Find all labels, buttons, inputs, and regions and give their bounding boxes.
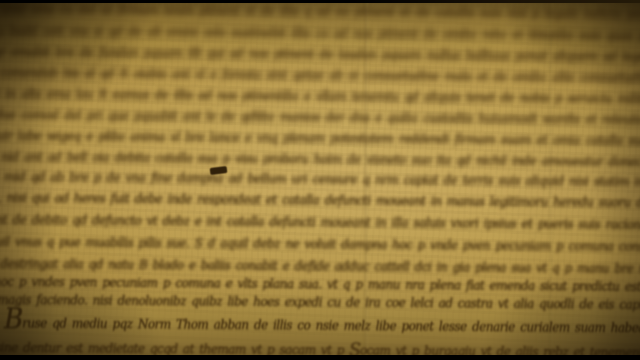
line-text: uir labe wigeq e plibz anima vl bre lanc… bbox=[0, 128, 640, 149]
illuminated-initial: B bbox=[4, 303, 22, 336]
manuscript-line: due comod del pri que pquabit ant le de … bbox=[0, 107, 640, 128]
line-text: , nisi qui ad heres fuit debe inde respo… bbox=[0, 190, 640, 211]
manuscript-line: t mid qd ab bre p de vna fine dampna ad … bbox=[0, 169, 640, 190]
line-text: uil vnus q pue muabilis pilis sue. S d a… bbox=[0, 234, 640, 255]
manuscript-line: r nid ant ad bell oia debita catalla sua… bbox=[0, 149, 640, 170]
line-text: due comod del pri que pquabit ant le de … bbox=[0, 107, 640, 128]
manuscript-line: , nisi qui ad heres fuit debe inde respo… bbox=[0, 190, 640, 211]
manuscript-line: t. Bruse qd mediu pqz Norm Thom abban de… bbox=[0, 311, 640, 337]
line-text: ocam vt p burgagiu vt de aliis rebz et t… bbox=[360, 343, 640, 360]
line-text: y badd cett vns si qd de alt emini zelo … bbox=[0, 23, 640, 44]
manuscript-line: y badd cett vns si qd de alt emini zelo … bbox=[0, 23, 640, 44]
manuscript-line: comendab bis al qd R oiabis ant vl e for… bbox=[0, 65, 640, 86]
video-still: t anid oms cu del ut firmam nram ptinent… bbox=[0, 0, 640, 360]
manuscript-line: at in alts ema lau R eamus de illis ad n… bbox=[0, 86, 640, 107]
illuminated-initial: S bbox=[349, 339, 360, 360]
line-text: t mid qd ab bre p de vna fine dampna ad … bbox=[0, 169, 640, 190]
manuscript-line: mt de debito qd defuncto vt debz e int c… bbox=[0, 212, 640, 233]
line-text: mt de debito qd defuncto vt debz e int c… bbox=[0, 212, 640, 233]
line-text: sine dentur est medietate qcqd at themam… bbox=[0, 340, 349, 358]
line-text: comendab bis al qd R oiabis ant vl e for… bbox=[0, 65, 640, 86]
line-text: magis faciendo. nisi denoluonibz quibz l… bbox=[0, 292, 640, 313]
manuscript-line: uir labe wigeq e plibz anima vl bre lanc… bbox=[0, 128, 640, 149]
manuscript-line: t anid oms cu del ut firmam nram ptinent… bbox=[0, 1, 640, 22]
line-text: at in alts ema lau R eamus de illis ad n… bbox=[0, 86, 640, 107]
manuscript-line: magis faciendo. nisi denoluonibz quibz l… bbox=[0, 292, 640, 313]
manuscript-line: qr emabit bre de fundan pquam illi qui a… bbox=[0, 44, 640, 65]
line-text: qr emabit bre de fundan pquam illi qui a… bbox=[0, 44, 640, 65]
manuscript-line: uil vnus q pue muabilis pilis sue. S d a… bbox=[0, 234, 640, 255]
manuscript-text: t anid oms cu del ut firmam nram ptinent… bbox=[0, 0, 640, 360]
line-text: t anid oms cu del ut firmam nram ptinent… bbox=[0, 1, 640, 22]
manuscript-line: sine dentur est medietate qcqd at themam… bbox=[0, 339, 640, 360]
line-text: r nid ant ad bell oia debita catalla sua… bbox=[0, 149, 640, 170]
line-text: ruse qd mediu pqz Norm Thom abban de ill… bbox=[22, 315, 640, 335]
